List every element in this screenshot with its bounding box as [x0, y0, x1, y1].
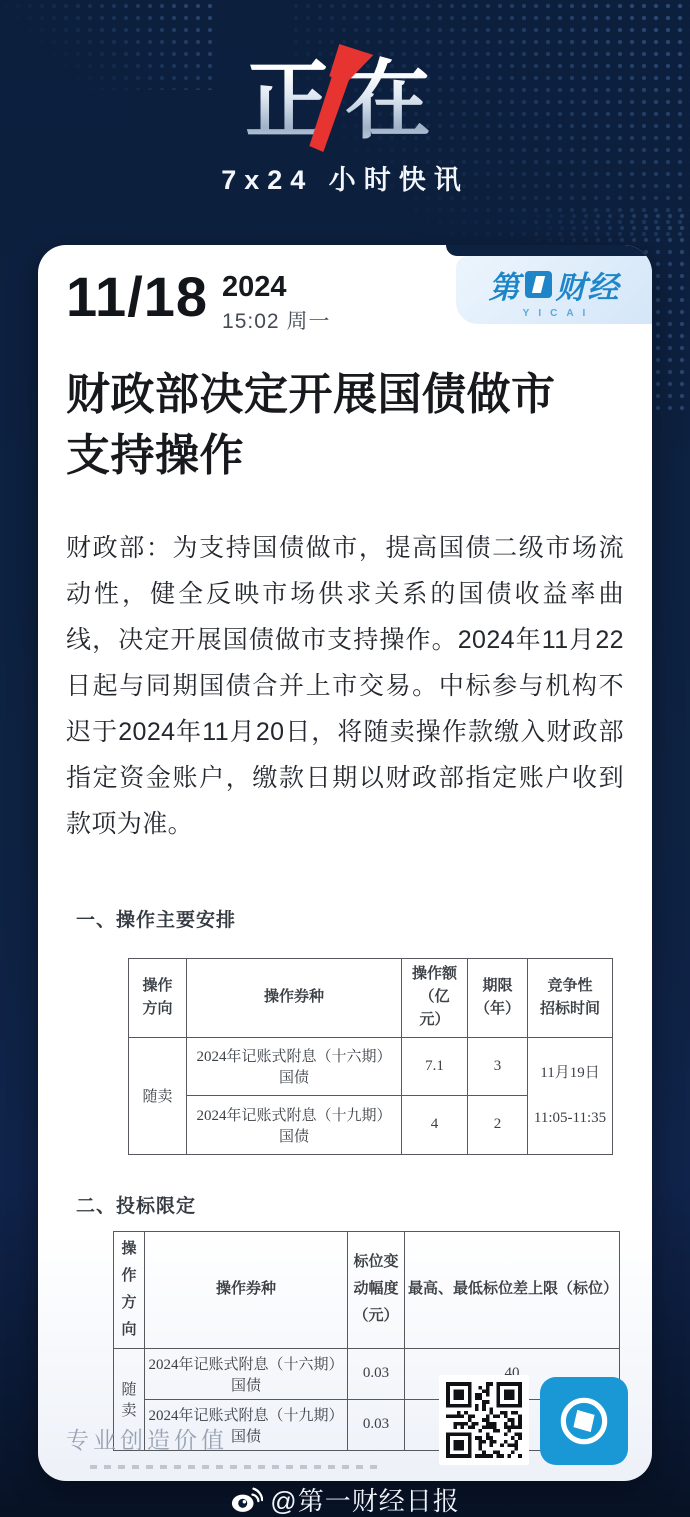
- term-cell: 2: [468, 1096, 528, 1155]
- date-time-weekday: 15:02 周一: [222, 305, 330, 335]
- col-header: 操作券种: [187, 958, 402, 1037]
- col-header: 期限 （年）: [468, 958, 528, 1037]
- slogan: 专业创造价值: [66, 1422, 228, 1455]
- yicai-compass-icon: [553, 1390, 615, 1452]
- bid-time-cell: 11月19日 11:05-11:35: [528, 1037, 613, 1154]
- col-header: 操 作 方 向: [114, 1231, 145, 1348]
- article-body: 财政部：为支持国债做市，提高国债二级市场流动性，健全反映市场供求关系的国债收益率…: [66, 525, 624, 847]
- headline: 财政部决定开展国债做市支持操作: [66, 365, 592, 486]
- table-row: 随卖 2024年记账式附息（十六期）国债 7.1 3 11月19日 11:05-…: [129, 1037, 613, 1096]
- bottom-credit-bar: @第一财经日报: [0, 1481, 690, 1517]
- col-header: 竞争性 招标时间: [528, 958, 613, 1037]
- red-one-flag-icon: [289, 42, 385, 162]
- bond-cell: 2024年记账式附息（十六期）国债: [187, 1037, 402, 1096]
- news-card: 第 财经 YICAI 11/18 2024 15:02 周一 财政部决定开展国债…: [38, 245, 652, 1481]
- col-header: 标位变 动幅度 （元）: [348, 1231, 405, 1348]
- truncated-text-line: [90, 1465, 382, 1469]
- weibo-icon: [230, 1486, 263, 1513]
- col-header: 最高、最低标位差上限（标位）: [405, 1231, 620, 1348]
- section1-heading: 一、操作主要安排: [76, 905, 624, 932]
- qr-code: [439, 1375, 529, 1465]
- section2-heading: 二、投标限定: [76, 1191, 624, 1218]
- masthead-tagline: 7x24 小时快讯: [0, 158, 690, 197]
- zhengzai-logo: 正在: [245, 58, 445, 144]
- bond-cell: 2024年记账式附息（十九期）国债: [187, 1096, 402, 1155]
- operation-arrangement-table: 操作 方向 操作券种 操作额 （亿 元） 期限 （年） 竞争性 招标时间 随卖 …: [128, 958, 613, 1155]
- card-footer: 专业创造价值: [66, 1373, 628, 1465]
- table-header-row: 操作 方向 操作券种 操作额 （亿 元） 期限 （年） 竞争性 招标时间: [129, 958, 613, 1037]
- col-header: 操作券种: [145, 1231, 348, 1348]
- direction-cell: 随卖: [129, 1037, 187, 1154]
- date-block: 11/18 2024 15:02 周一: [66, 269, 624, 335]
- col-header: 操作 方向: [129, 958, 187, 1037]
- table-header-row: 操 作 方 向 操作券种 标位变 动幅度 （元） 最高、最低标位差上限（标位）: [114, 1231, 620, 1348]
- card-clip: 第 财经 YICAI 11/18 2024 15:02 周一 财政部决定开展国债…: [38, 245, 652, 1481]
- credit-text: @第一财经日报: [270, 1481, 459, 1517]
- yicai-app-icon: [540, 1377, 628, 1465]
- date-year: 2024: [222, 272, 330, 302]
- masthead: 正在 7x24 小时快讯: [0, 58, 690, 197]
- card-content: 11/18 2024 15:02 周一 财政部决定开展国债做市支持操作 财政部：…: [38, 245, 652, 1481]
- term-cell: 3: [468, 1037, 528, 1096]
- amount-cell: 7.1: [402, 1037, 468, 1096]
- date-day: 11/18: [66, 269, 208, 325]
- col-header: 操作额 （亿 元）: [402, 958, 468, 1037]
- amount-cell: 4: [402, 1096, 468, 1155]
